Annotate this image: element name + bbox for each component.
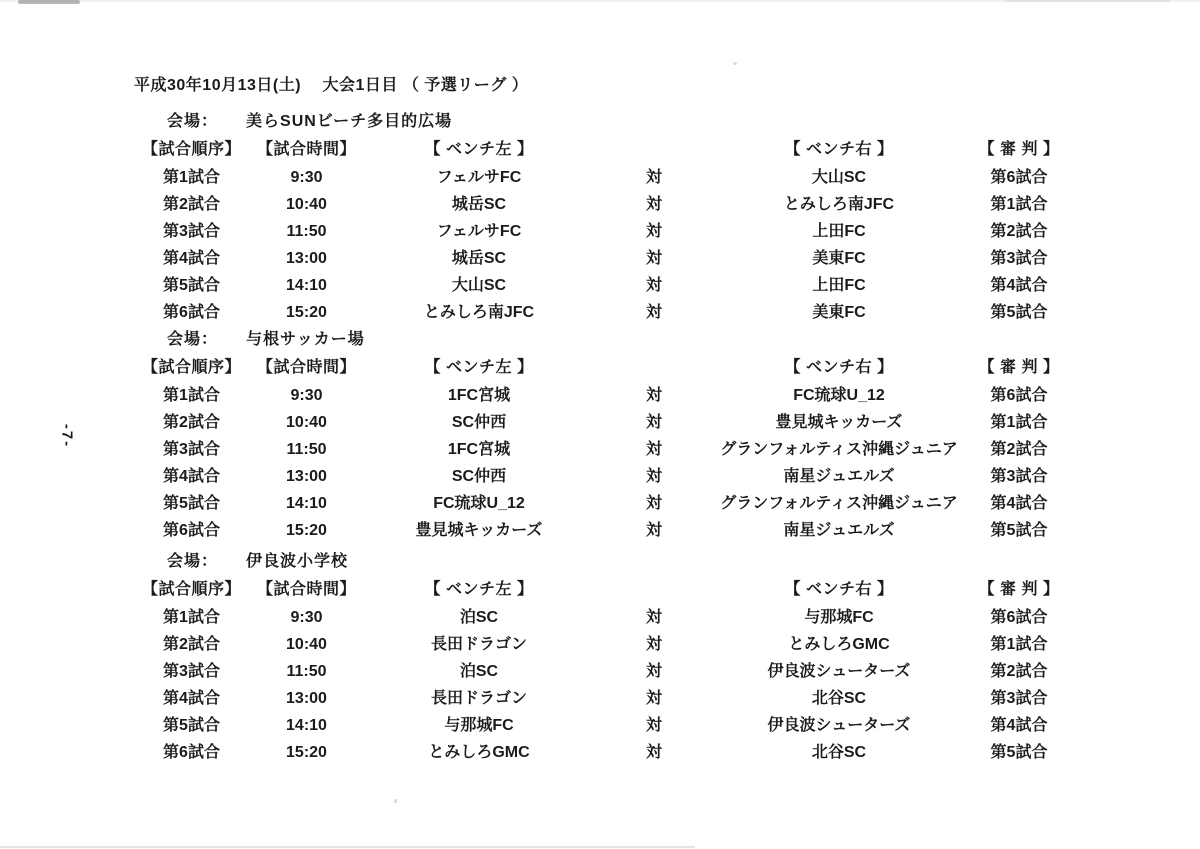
venue-label: 会場： <box>167 548 218 576</box>
referee-assignment: 第3試合 <box>964 685 1074 712</box>
match-row: 第4試合 13:00 城岳SC 対 美東FC 第3試合 <box>134 245 1084 272</box>
match-order: 第6試合 <box>134 517 249 544</box>
match-row: 第6試合 15:20 とみしろGMC 対 北谷SC 第5試合 <box>134 739 1084 766</box>
col-header-referee: 【 審 判 】 <box>964 354 1074 382</box>
vs-label: 対 <box>594 604 714 631</box>
vs-label: 対 <box>594 299 714 326</box>
schedule-content: 平成30年10月13日(土) 大会1日目 （ 予選リーグ ） 会場： 美らSUN… <box>134 76 1084 766</box>
match-time: 10:40 <box>249 191 364 218</box>
team-left: 与那城FC <box>364 712 594 739</box>
team-left: フェルサFC <box>364 164 594 191</box>
team-left: とみしろGMC <box>364 739 594 766</box>
match-order: 第4試合 <box>134 245 249 272</box>
match-row: 第1試合 9:30 フェルサFC 対 大山SC 第6試合 <box>134 164 1084 191</box>
team-right: 伊良波シューターズ <box>714 712 964 739</box>
team-left: 城岳SC <box>364 245 594 272</box>
match-time: 15:20 <box>249 517 364 544</box>
match-time: 10:40 <box>249 409 364 436</box>
match-row: 第6試合 15:20 豊見城キッカーズ 対 南星ジュエルズ 第5試合 <box>134 517 1084 544</box>
scan-artifact-top-smudge <box>18 0 80 4</box>
col-header-bench-right: 【 ベンチ右 】 <box>714 576 964 604</box>
vs-label: 対 <box>594 463 714 490</box>
referee-assignment: 第1試合 <box>964 191 1074 218</box>
col-header-referee: 【 審 判 】 <box>964 136 1074 164</box>
match-order: 第2試合 <box>134 191 249 218</box>
col-header-vs-spacer <box>594 354 714 382</box>
vs-label: 対 <box>594 409 714 436</box>
match-order: 第1試合 <box>134 382 249 409</box>
venue-row: 会場： 与根サッカー場 <box>134 326 1084 354</box>
table-header-row: 【試合順序】 【試合時間】 【 ベンチ左 】 【 ベンチ右 】 【 審 判 】 <box>134 354 1084 382</box>
scan-speck <box>394 799 397 803</box>
match-time: 13:00 <box>249 685 364 712</box>
team-left: とみしろ南JFC <box>364 299 594 326</box>
vs-label: 対 <box>594 712 714 739</box>
vs-label: 対 <box>594 164 714 191</box>
col-header-bench-left: 【 ベンチ左 】 <box>364 136 594 164</box>
col-header-match-time: 【試合時間】 <box>249 354 364 382</box>
match-time: 11:50 <box>249 658 364 685</box>
match-time: 11:50 <box>249 436 364 463</box>
team-left: 長田ドラゴン <box>364 631 594 658</box>
match-row: 第2試合 10:40 城岳SC 対 とみしろ南JFC 第1試合 <box>134 191 1084 218</box>
col-header-bench-right: 【 ベンチ右 】 <box>714 136 964 164</box>
team-right: 南星ジュエルズ <box>714 463 964 490</box>
venue-name: 美らSUNビーチ多目的広場 <box>246 108 452 136</box>
match-order: 第5試合 <box>134 712 249 739</box>
team-left: 長田ドラゴン <box>364 685 594 712</box>
team-right: FC琉球U_12 <box>714 382 964 409</box>
venue-label: 会場： <box>167 326 218 354</box>
team-right: とみしろGMC <box>714 631 964 658</box>
team-right: 美東FC <box>714 299 964 326</box>
table-header-row: 【試合順序】 【試合時間】 【 ベンチ左 】 【 ベンチ右 】 【 審 判 】 <box>134 576 1084 604</box>
col-header-match-order: 【試合順序】 <box>134 136 249 164</box>
team-right: とみしろ南JFC <box>714 191 964 218</box>
venue-name: 伊良波小学校 <box>246 548 348 576</box>
match-order: 第2試合 <box>134 631 249 658</box>
vs-label: 対 <box>594 517 714 544</box>
team-left: 1FC宮城 <box>364 436 594 463</box>
match-order: 第4試合 <box>134 463 249 490</box>
team-right: 北谷SC <box>714 739 964 766</box>
vs-label: 対 <box>594 631 714 658</box>
col-header-match-time: 【試合時間】 <box>249 136 364 164</box>
match-time: 14:10 <box>249 272 364 299</box>
match-row: 第1試合 9:30 泊SC 対 与那城FC 第6試合 <box>134 604 1084 631</box>
referee-assignment: 第2試合 <box>964 658 1074 685</box>
venue-section-1: 会場： 美らSUNビーチ多目的広場 【試合順序】 【試合時間】 【 ベンチ左 】… <box>134 108 1084 326</box>
team-right: グランフォルティス沖縄ジュニア <box>714 490 964 517</box>
venue-label: 会場： <box>167 108 218 136</box>
vs-label: 対 <box>594 191 714 218</box>
team-left: FC琉球U_12 <box>364 490 594 517</box>
match-row: 第6試合 15:20 とみしろ南JFC 対 美東FC 第5試合 <box>134 299 1084 326</box>
match-time: 15:20 <box>249 739 364 766</box>
scan-speck <box>733 62 737 65</box>
referee-assignment: 第1試合 <box>964 409 1074 436</box>
scanned-schedule-page: -7- 平成30年10月13日(土) 大会1日目 （ 予選リーグ ） 会場： 美… <box>0 0 1200 849</box>
match-order: 第4試合 <box>134 685 249 712</box>
vs-label: 対 <box>594 490 714 517</box>
team-right: 北谷SC <box>714 685 964 712</box>
team-left: 大山SC <box>364 272 594 299</box>
match-time: 15:20 <box>249 299 364 326</box>
col-header-vs-spacer <box>594 576 714 604</box>
referee-assignment: 第6試合 <box>964 164 1074 191</box>
match-time: 14:10 <box>249 490 364 517</box>
scan-artifact-bottom-line <box>0 846 695 848</box>
col-header-match-order: 【試合順序】 <box>134 354 249 382</box>
match-time: 13:00 <box>249 245 364 272</box>
referee-assignment: 第2試合 <box>964 436 1074 463</box>
team-right: 与那城FC <box>714 604 964 631</box>
vs-label: 対 <box>594 436 714 463</box>
team-left: 泊SC <box>364 604 594 631</box>
col-header-bench-right: 【 ベンチ右 】 <box>714 354 964 382</box>
match-row: 第1試合 9:30 1FC宮城 対 FC琉球U_12 第6試合 <box>134 382 1084 409</box>
match-order: 第3試合 <box>134 218 249 245</box>
match-order: 第5試合 <box>134 490 249 517</box>
match-row: 第4試合 13:00 長田ドラゴン 対 北谷SC 第3試合 <box>134 685 1084 712</box>
referee-assignment: 第1試合 <box>964 631 1074 658</box>
vs-label: 対 <box>594 218 714 245</box>
col-header-match-order: 【試合順序】 <box>134 576 249 604</box>
team-left: 城岳SC <box>364 191 594 218</box>
venue-row: 会場： 美らSUNビーチ多目的広場 <box>134 108 1084 136</box>
match-row: 第5試合 14:10 与那城FC 対 伊良波シューターズ 第4試合 <box>134 712 1084 739</box>
match-time: 10:40 <box>249 631 364 658</box>
team-right: 豊見城キッカーズ <box>714 409 964 436</box>
team-left: 1FC宮城 <box>364 382 594 409</box>
referee-assignment: 第5試合 <box>964 299 1074 326</box>
match-row: 第2試合 10:40 SC仲西 対 豊見城キッカーズ 第1試合 <box>134 409 1084 436</box>
match-row: 第5試合 14:10 大山SC 対 上田FC 第4試合 <box>134 272 1084 299</box>
match-order: 第1試合 <box>134 604 249 631</box>
scan-artifact-top-right <box>1005 0 1170 2</box>
match-time: 11:50 <box>249 218 364 245</box>
match-row: 第5試合 14:10 FC琉球U_12 対 グランフォルティス沖縄ジュニア 第4… <box>134 490 1084 517</box>
match-row: 第4試合 13:00 SC仲西 対 南星ジュエルズ 第3試合 <box>134 463 1084 490</box>
vs-label: 対 <box>594 272 714 299</box>
match-order: 第2試合 <box>134 409 249 436</box>
team-right: 美東FC <box>714 245 964 272</box>
referee-assignment: 第3試合 <box>964 463 1074 490</box>
team-right: 伊良波シューターズ <box>714 658 964 685</box>
match-order: 第6試合 <box>134 739 249 766</box>
team-right: 大山SC <box>714 164 964 191</box>
referee-assignment: 第5試合 <box>964 739 1074 766</box>
col-header-bench-left: 【 ベンチ左 】 <box>364 576 594 604</box>
match-order: 第6試合 <box>134 299 249 326</box>
vs-label: 対 <box>594 658 714 685</box>
match-row: 第3試合 11:50 泊SC 対 伊良波シューターズ 第2試合 <box>134 658 1084 685</box>
team-left: 豊見城キッカーズ <box>364 517 594 544</box>
match-row: 第3試合 11:50 1FC宮城 対 グランフォルティス沖縄ジュニア 第2試合 <box>134 436 1084 463</box>
vs-label: 対 <box>594 685 714 712</box>
referee-assignment: 第4試合 <box>964 490 1074 517</box>
venue-row: 会場： 伊良波小学校 <box>134 548 1084 576</box>
venue-section-3: 会場： 伊良波小学校 【試合順序】 【試合時間】 【 ベンチ左 】 【 ベンチ右… <box>134 548 1084 766</box>
team-left: SC仲西 <box>364 463 594 490</box>
match-order: 第3試合 <box>134 436 249 463</box>
referee-assignment: 第6試合 <box>964 382 1074 409</box>
referee-assignment: 第3試合 <box>964 245 1074 272</box>
col-header-match-time: 【試合時間】 <box>249 576 364 604</box>
tournament-date-heading: 平成30年10月13日(土) 大会1日目 （ 予選リーグ ） <box>134 76 1084 100</box>
team-right: 上田FC <box>714 272 964 299</box>
page-number: -7- <box>59 424 76 448</box>
vs-label: 対 <box>594 382 714 409</box>
col-header-bench-left: 【 ベンチ左 】 <box>364 354 594 382</box>
match-order: 第3試合 <box>134 658 249 685</box>
vs-label: 対 <box>594 245 714 272</box>
team-right: 上田FC <box>714 218 964 245</box>
vs-label: 対 <box>594 739 714 766</box>
match-time: 13:00 <box>249 463 364 490</box>
team-left: SC仲西 <box>364 409 594 436</box>
table-header-row: 【試合順序】 【試合時間】 【 ベンチ左 】 【 ベンチ右 】 【 審 判 】 <box>134 136 1084 164</box>
referee-assignment: 第4試合 <box>964 712 1074 739</box>
col-header-vs-spacer <box>594 136 714 164</box>
team-right: グランフォルティス沖縄ジュニア <box>714 436 964 463</box>
team-left: フェルサFC <box>364 218 594 245</box>
match-row: 第3試合 11:50 フェルサFC 対 上田FC 第2試合 <box>134 218 1084 245</box>
match-time: 9:30 <box>249 164 364 191</box>
venue-section-2: 会場： 与根サッカー場 【試合順序】 【試合時間】 【 ベンチ左 】 【 ベンチ… <box>134 326 1084 544</box>
match-order: 第5試合 <box>134 272 249 299</box>
referee-assignment: 第6試合 <box>964 604 1074 631</box>
team-right: 南星ジュエルズ <box>714 517 964 544</box>
col-header-referee: 【 審 判 】 <box>964 576 1074 604</box>
match-time: 9:30 <box>249 382 364 409</box>
match-order: 第1試合 <box>134 164 249 191</box>
venue-name: 与根サッカー場 <box>246 326 365 354</box>
referee-assignment: 第4試合 <box>964 272 1074 299</box>
referee-assignment: 第5試合 <box>964 517 1074 544</box>
match-row: 第2試合 10:40 長田ドラゴン 対 とみしろGMC 第1試合 <box>134 631 1084 658</box>
match-time: 9:30 <box>249 604 364 631</box>
referee-assignment: 第2試合 <box>964 218 1074 245</box>
match-time: 14:10 <box>249 712 364 739</box>
team-left: 泊SC <box>364 658 594 685</box>
